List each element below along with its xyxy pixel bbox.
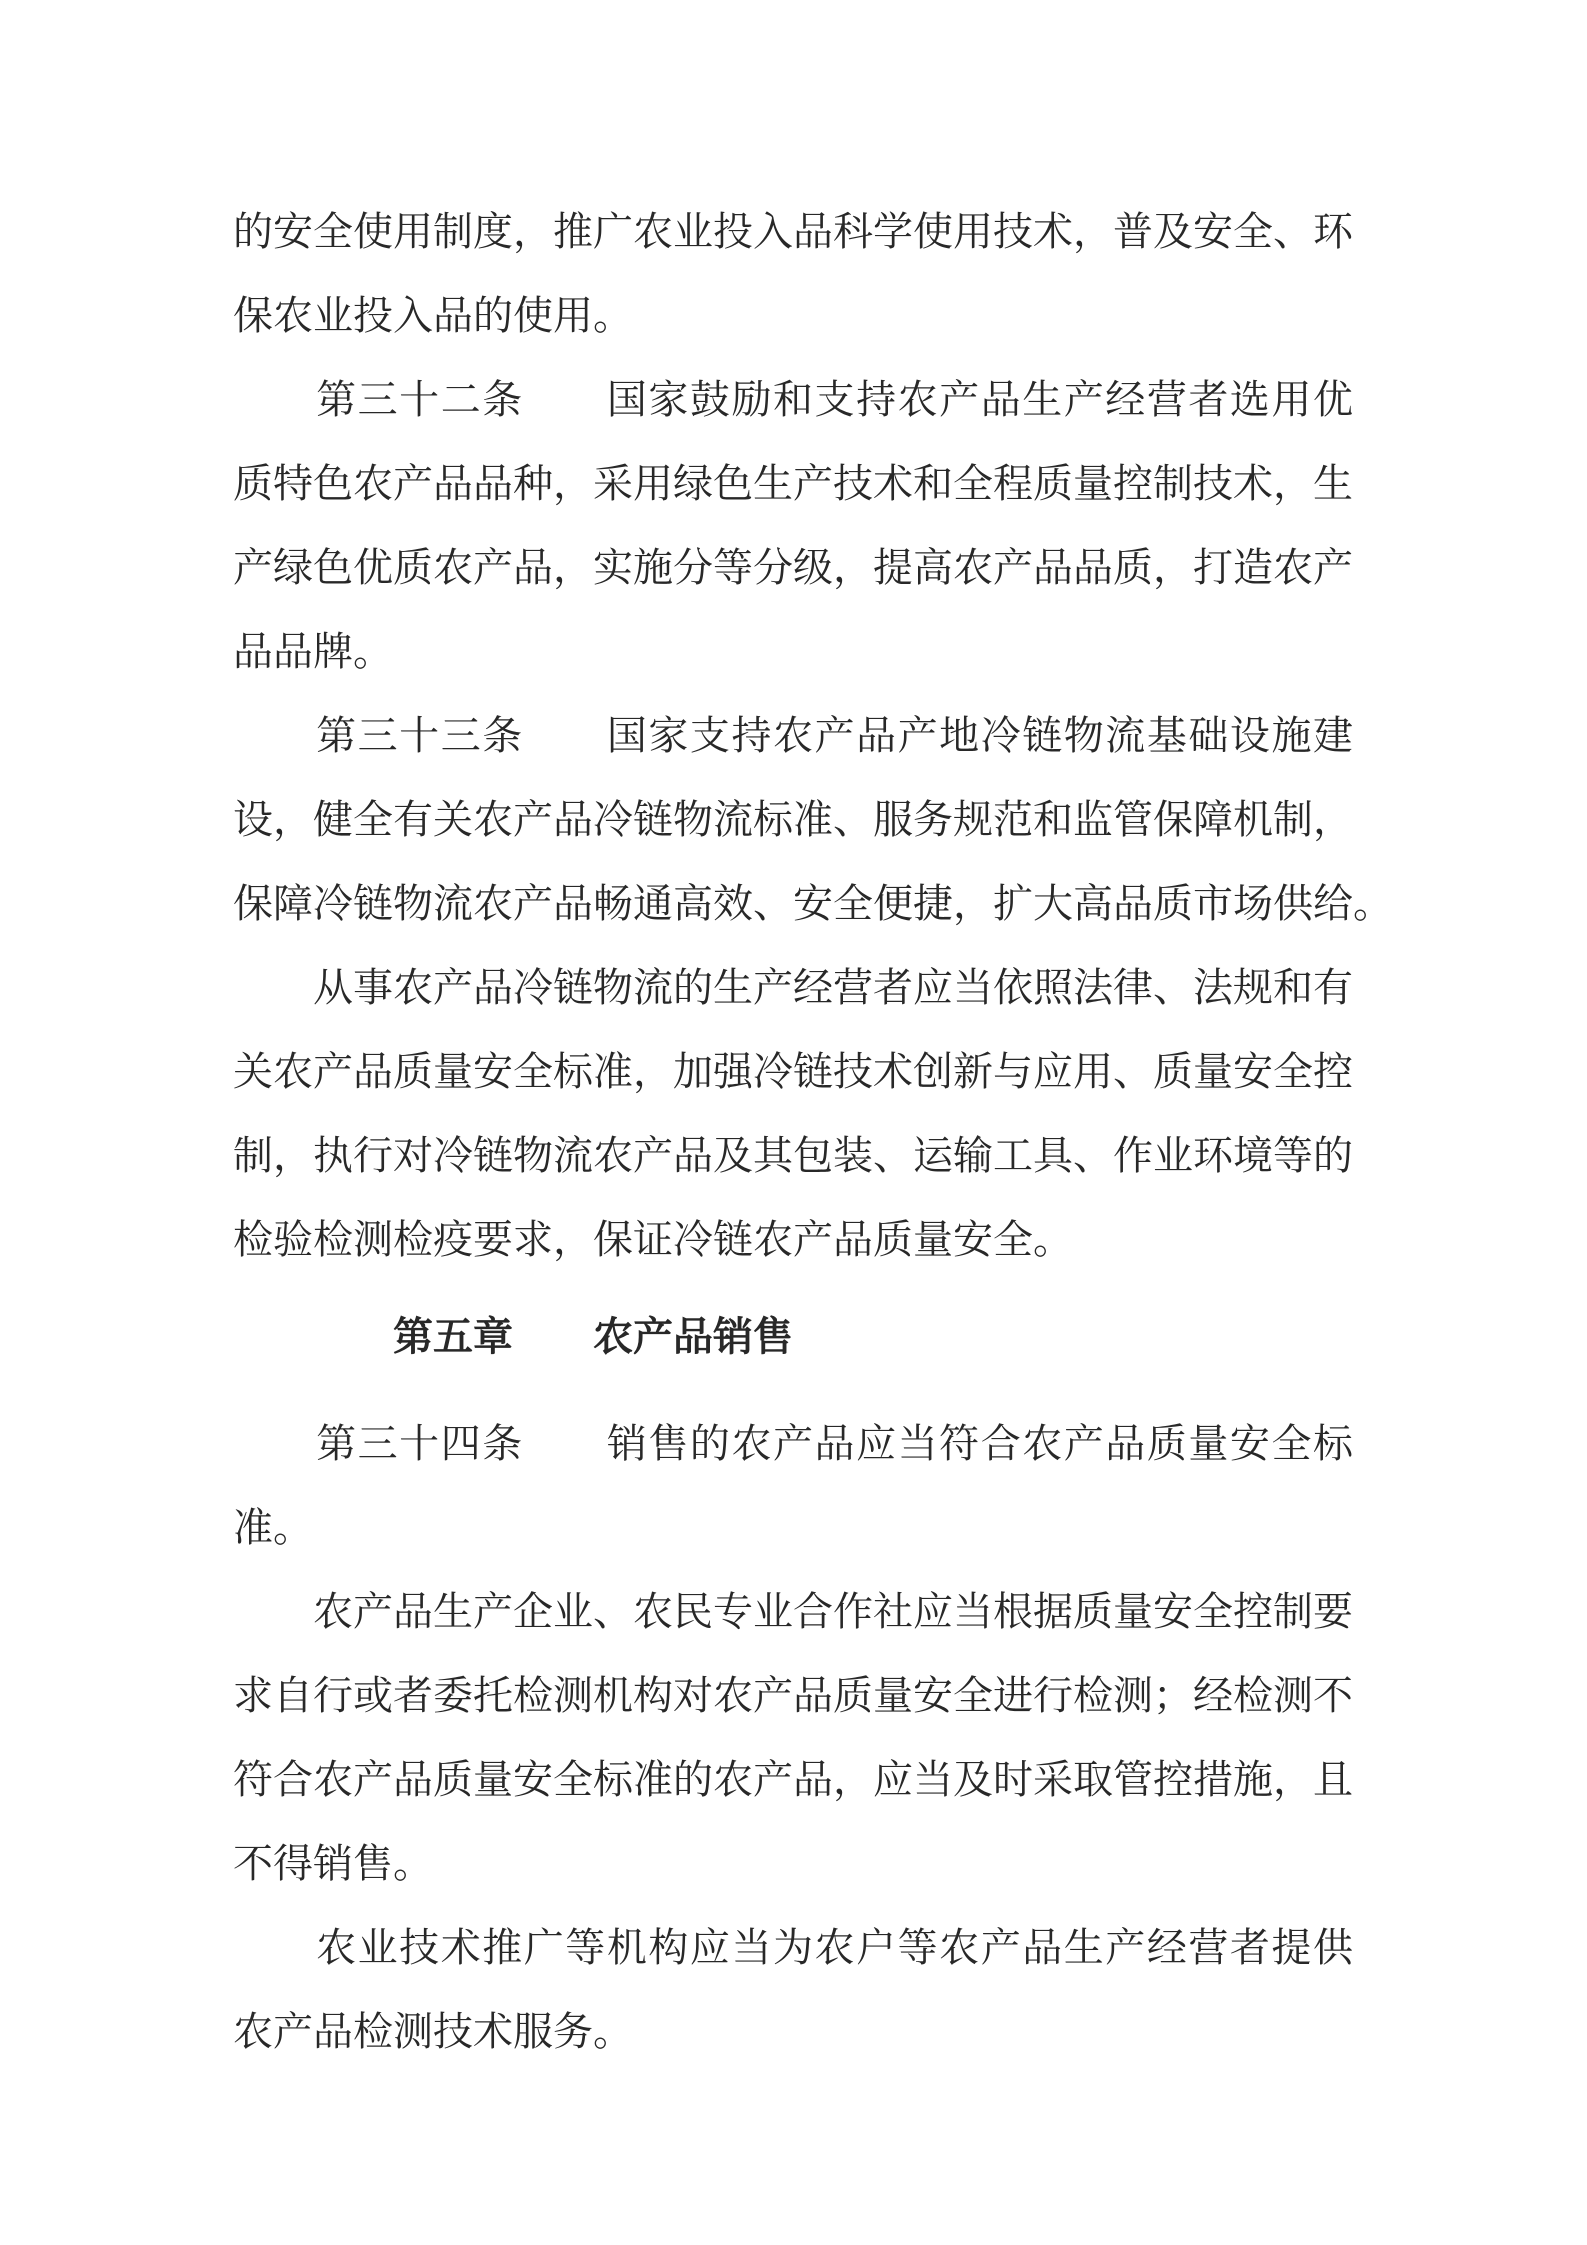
text-line: 第三十三条 国家支持农产品产地冷链物流基础设施建 [233,694,1353,778]
text-line: 产绿色优质农产品，实施分等分级，提高农产品品质，打造农产 [233,526,1353,610]
text-line: 农产品生产企业、农民专业合作社应当根据质量安全控制要 [233,1570,1353,1654]
text-line: 质特色农产品品种，采用绿色生产技术和全程质量控制技术，生 [233,442,1353,526]
text-line: 保农业投入品的使用。 [233,274,1353,358]
chapter-heading: 第五章 农产品销售 [233,1295,1353,1379]
document-page: 的安全使用制度，推广农业投入品科学使用技术，普及安全、环保农业投入品的使用。 第… [0,0,1587,2245]
text-line: 制，执行对冷链物流农产品及其包装、运输工具、作业环境等的 [233,1114,1353,1198]
paragraph: 第三十二条 国家鼓励和支持农产品生产经营者选用优质特色农产品品种，采用绿色生产技… [233,358,1353,694]
text-line: 第三十四条 销售的农产品应当符合农产品质量安全标 [233,1402,1353,1486]
paragraph: 的安全使用制度，推广农业投入品科学使用技术，普及安全、环保农业投入品的使用。 [233,190,1353,358]
text-line: 第三十二条 国家鼓励和支持农产品生产经营者选用优 [233,358,1353,442]
text-line: 符合农产品质量安全标准的农产品，应当及时采取管控措施，且 [233,1738,1353,1822]
text-line: 保障冷链物流农产品畅通高效、安全便捷，扩大高品质市场供给。 [233,862,1353,946]
chapter-heading-line: 第五章 农产品销售 [233,1295,1353,1379]
text-line: 设，健全有关农产品冷链物流标准、服务规范和监管保障机制， [233,778,1353,862]
text-line: 农业技术推广等机构应当为农户等农产品生产经营者提供 [233,1906,1353,1990]
text-line: 品品牌。 [233,610,1353,694]
text-line: 的安全使用制度，推广农业投入品科学使用技术，普及安全、环 [233,190,1353,274]
document-body: 的安全使用制度，推广农业投入品科学使用技术，普及安全、环保农业投入品的使用。 第… [233,190,1353,2074]
paragraph: 从事农产品冷链物流的生产经营者应当依照法律、法规和有关农产品质量安全标准，加强冷… [233,946,1353,1282]
paragraph: 第三十四条 销售的农产品应当符合农产品质量安全标准。 [233,1402,1353,1570]
paragraph: 农业技术推广等机构应当为农户等农产品生产经营者提供农产品检测技术服务。 [233,1906,1353,2074]
text-line: 求自行或者委托检测机构对农产品质量安全进行检测；经检测不 [233,1654,1353,1738]
paragraph: 农产品生产企业、农民专业合作社应当根据质量安全控制要求自行或者委托检测机构对农产… [233,1570,1353,1906]
text-line: 准。 [233,1486,1353,1570]
text-line: 不得销售。 [233,1822,1353,1906]
paragraph: 第三十三条 国家支持农产品产地冷链物流基础设施建设，健全有关农产品冷链物流标准、… [233,694,1353,946]
text-line: 从事农产品冷链物流的生产经营者应当依照法律、法规和有 [233,946,1353,1030]
text-line: 检验检测检疫要求，保证冷链农产品质量安全。 [233,1198,1353,1282]
text-line: 农产品检测技术服务。 [233,1990,1353,2074]
text-line: 关农产品质量安全标准，加强冷链技术创新与应用、质量安全控 [233,1030,1353,1114]
